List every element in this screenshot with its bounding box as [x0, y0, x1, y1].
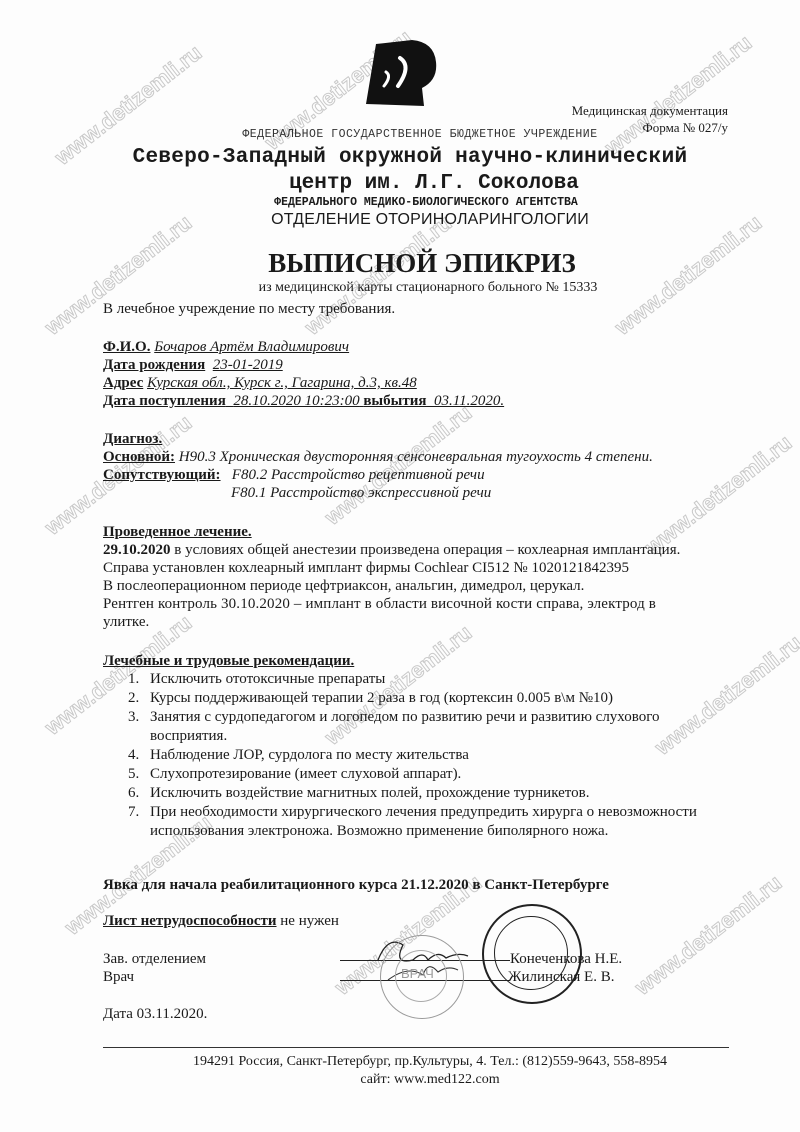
admission-date: 28.10.2020 10:23:00	[233, 393, 359, 409]
recommendations-heading: Лечебные и трудовые рекомендации.	[103, 652, 354, 670]
treatment-heading: Проведенное лечение.	[103, 523, 680, 541]
admission-label: Дата поступления	[103, 393, 226, 409]
institution-name-line2: центр им. Л.Г. Соколова	[34, 172, 800, 195]
rehab-appointment: Явка для начала реабилитационного курса …	[103, 876, 609, 894]
patient-address: Курская обл., Курск г., Гагарина, д.3, к…	[147, 375, 417, 391]
item-number: 3.	[128, 708, 150, 746]
operation-date: 29.10.2020	[103, 542, 171, 558]
item-text: Занятия с сурдопедагогом и логопедом по …	[150, 708, 728, 746]
postop-meds: В послеоперационном периоде цефтриаксон,…	[103, 577, 680, 595]
xray-control: Рентген контроль 30.10.2020 – имплант в …	[103, 595, 680, 613]
head-of-department-label: Зав. отделением	[103, 950, 206, 968]
recommendations-list: 1.Исключить ототоксичные препараты 2.Кур…	[128, 670, 728, 841]
footer-website: сайт: www.med122.com	[30, 1071, 800, 1089]
list-item: 3.Занятия с сурдопедагогом и логопедом п…	[128, 708, 728, 746]
diagnosis-heading: Диагноз.	[103, 430, 653, 448]
discharge-label: выбытия	[363, 393, 426, 409]
item-text: Наблюдение ЛОР, сурдолога по месту жител…	[150, 746, 469, 765]
sick-leave-value: не нужен	[277, 913, 339, 929]
dob-label: Дата рождения	[103, 357, 205, 373]
concomitant-diagnosis-1: F80.2 Расстройство рецептивной речи	[232, 467, 485, 483]
treatment-section: Проведенное лечение. 29.10.2020 в услови…	[103, 523, 680, 631]
doctor-stamp: ВРАЧ	[380, 935, 464, 1019]
head-of-department-name: Конеченкова Н.Е.	[510, 950, 622, 968]
main-diagnosis-label: Основной:	[103, 449, 175, 465]
name-label: Ф.И.О.	[103, 339, 150, 355]
item-number: 5.	[128, 765, 150, 784]
item-number: 7.	[128, 803, 150, 841]
doctor-stamp-text: ВРАЧ	[401, 966, 434, 981]
diagnosis-section: Диагноз. Основной: H90.3 Хроническая дву…	[103, 430, 653, 502]
operation-text: в условиях общей анестезии произведена о…	[171, 542, 681, 558]
item-text: Исключить ототоксичные препараты	[150, 670, 385, 689]
list-item: 7.При необходимости хирургического лечен…	[128, 803, 728, 841]
doc-type: Медицинская документация	[572, 102, 728, 119]
sick-leave: Лист нетрудоспособности не нужен	[103, 912, 339, 930]
implant-info: Справа установлен кохлеарный имплант фир…	[103, 559, 680, 577]
list-item: 5.Слухопротезирование (имеет слуховой ап…	[128, 765, 728, 784]
agency-name: ФЕДЕРАЛЬНОГО МЕДИКО-БИОЛОГИЧЕСКОГО АГЕНТ…	[26, 196, 800, 209]
main-diagnosis: H90.3 Хроническая двусторонняя сенсоневр…	[179, 449, 653, 465]
sick-leave-label: Лист нетрудоспособности	[103, 913, 277, 929]
item-number: 2.	[128, 689, 150, 708]
list-item: 2.Курсы поддерживающей терапии 2 раза в …	[128, 689, 728, 708]
item-text: Исключить воздействие магнитных полей, п…	[150, 784, 589, 803]
watermark: www.detizemli.ru	[630, 870, 787, 1001]
patient-info: Ф.И.О. Бочаров Артём Владимирович Дата р…	[103, 338, 504, 410]
list-item: 4.Наблюдение ЛОР, сурдолога по месту жит…	[128, 746, 728, 765]
institution-type: ФЕДЕРАЛЬНОЕ ГОСУДАРСТВЕННОЕ БЮДЖЕТНОЕ УЧ…	[20, 128, 800, 141]
item-number: 4.	[128, 746, 150, 765]
institution-name-line1: Северо-Западный окружной научно-клиничес…	[10, 146, 800, 169]
addressee: В лечебное учреждение по месту требовани…	[103, 300, 395, 318]
patient-name: Бочаров Артём Владимирович	[154, 339, 349, 355]
discharge-date: 03.11.2020.	[434, 393, 504, 409]
list-item: 6.Исключить воздействие магнитных полей,…	[128, 784, 728, 803]
recommendations-heading-text: Лечебные и трудовые рекомендации.	[103, 653, 354, 669]
footer-divider	[103, 1047, 729, 1048]
address-label: Адрес	[103, 375, 143, 391]
concomitant-label: Сопутствующий:	[103, 467, 221, 483]
ear-logo-icon	[362, 36, 442, 108]
item-number: 1.	[128, 670, 150, 689]
item-text: Слухопротезирование (имеет слуховой аппа…	[150, 765, 461, 784]
footer-address: 194291 Россия, Санкт-Петербург, пр.Культ…	[30, 1053, 800, 1071]
xray-control-cont: улитке.	[103, 613, 680, 631]
signature-date: Дата 03.11.2020.	[103, 1005, 207, 1023]
doctor-name: Жилинская Е. В.	[508, 968, 614, 986]
item-text: Курсы поддерживающей терапии 2 раза в го…	[150, 689, 613, 708]
patient-dob: 23-01-2019	[213, 357, 283, 373]
department-name: ОТДЕЛЕНИЕ ОТОРИНОЛАРИНГОЛОГИИ	[30, 211, 800, 229]
list-item: 1.Исключить ототоксичные препараты	[128, 670, 728, 689]
item-number: 6.	[128, 784, 150, 803]
document-title: ВЫПИСНОЙ ЭПИКРИЗ	[22, 248, 800, 279]
doctor-label: Врач	[103, 968, 134, 986]
document-subtitle: из медицинской карты стационарного больн…	[28, 280, 800, 296]
item-text: При необходимости хирургического лечения…	[150, 803, 710, 841]
concomitant-diagnosis-2: F80.1 Расстройство экспрессивной речи	[231, 485, 491, 501]
